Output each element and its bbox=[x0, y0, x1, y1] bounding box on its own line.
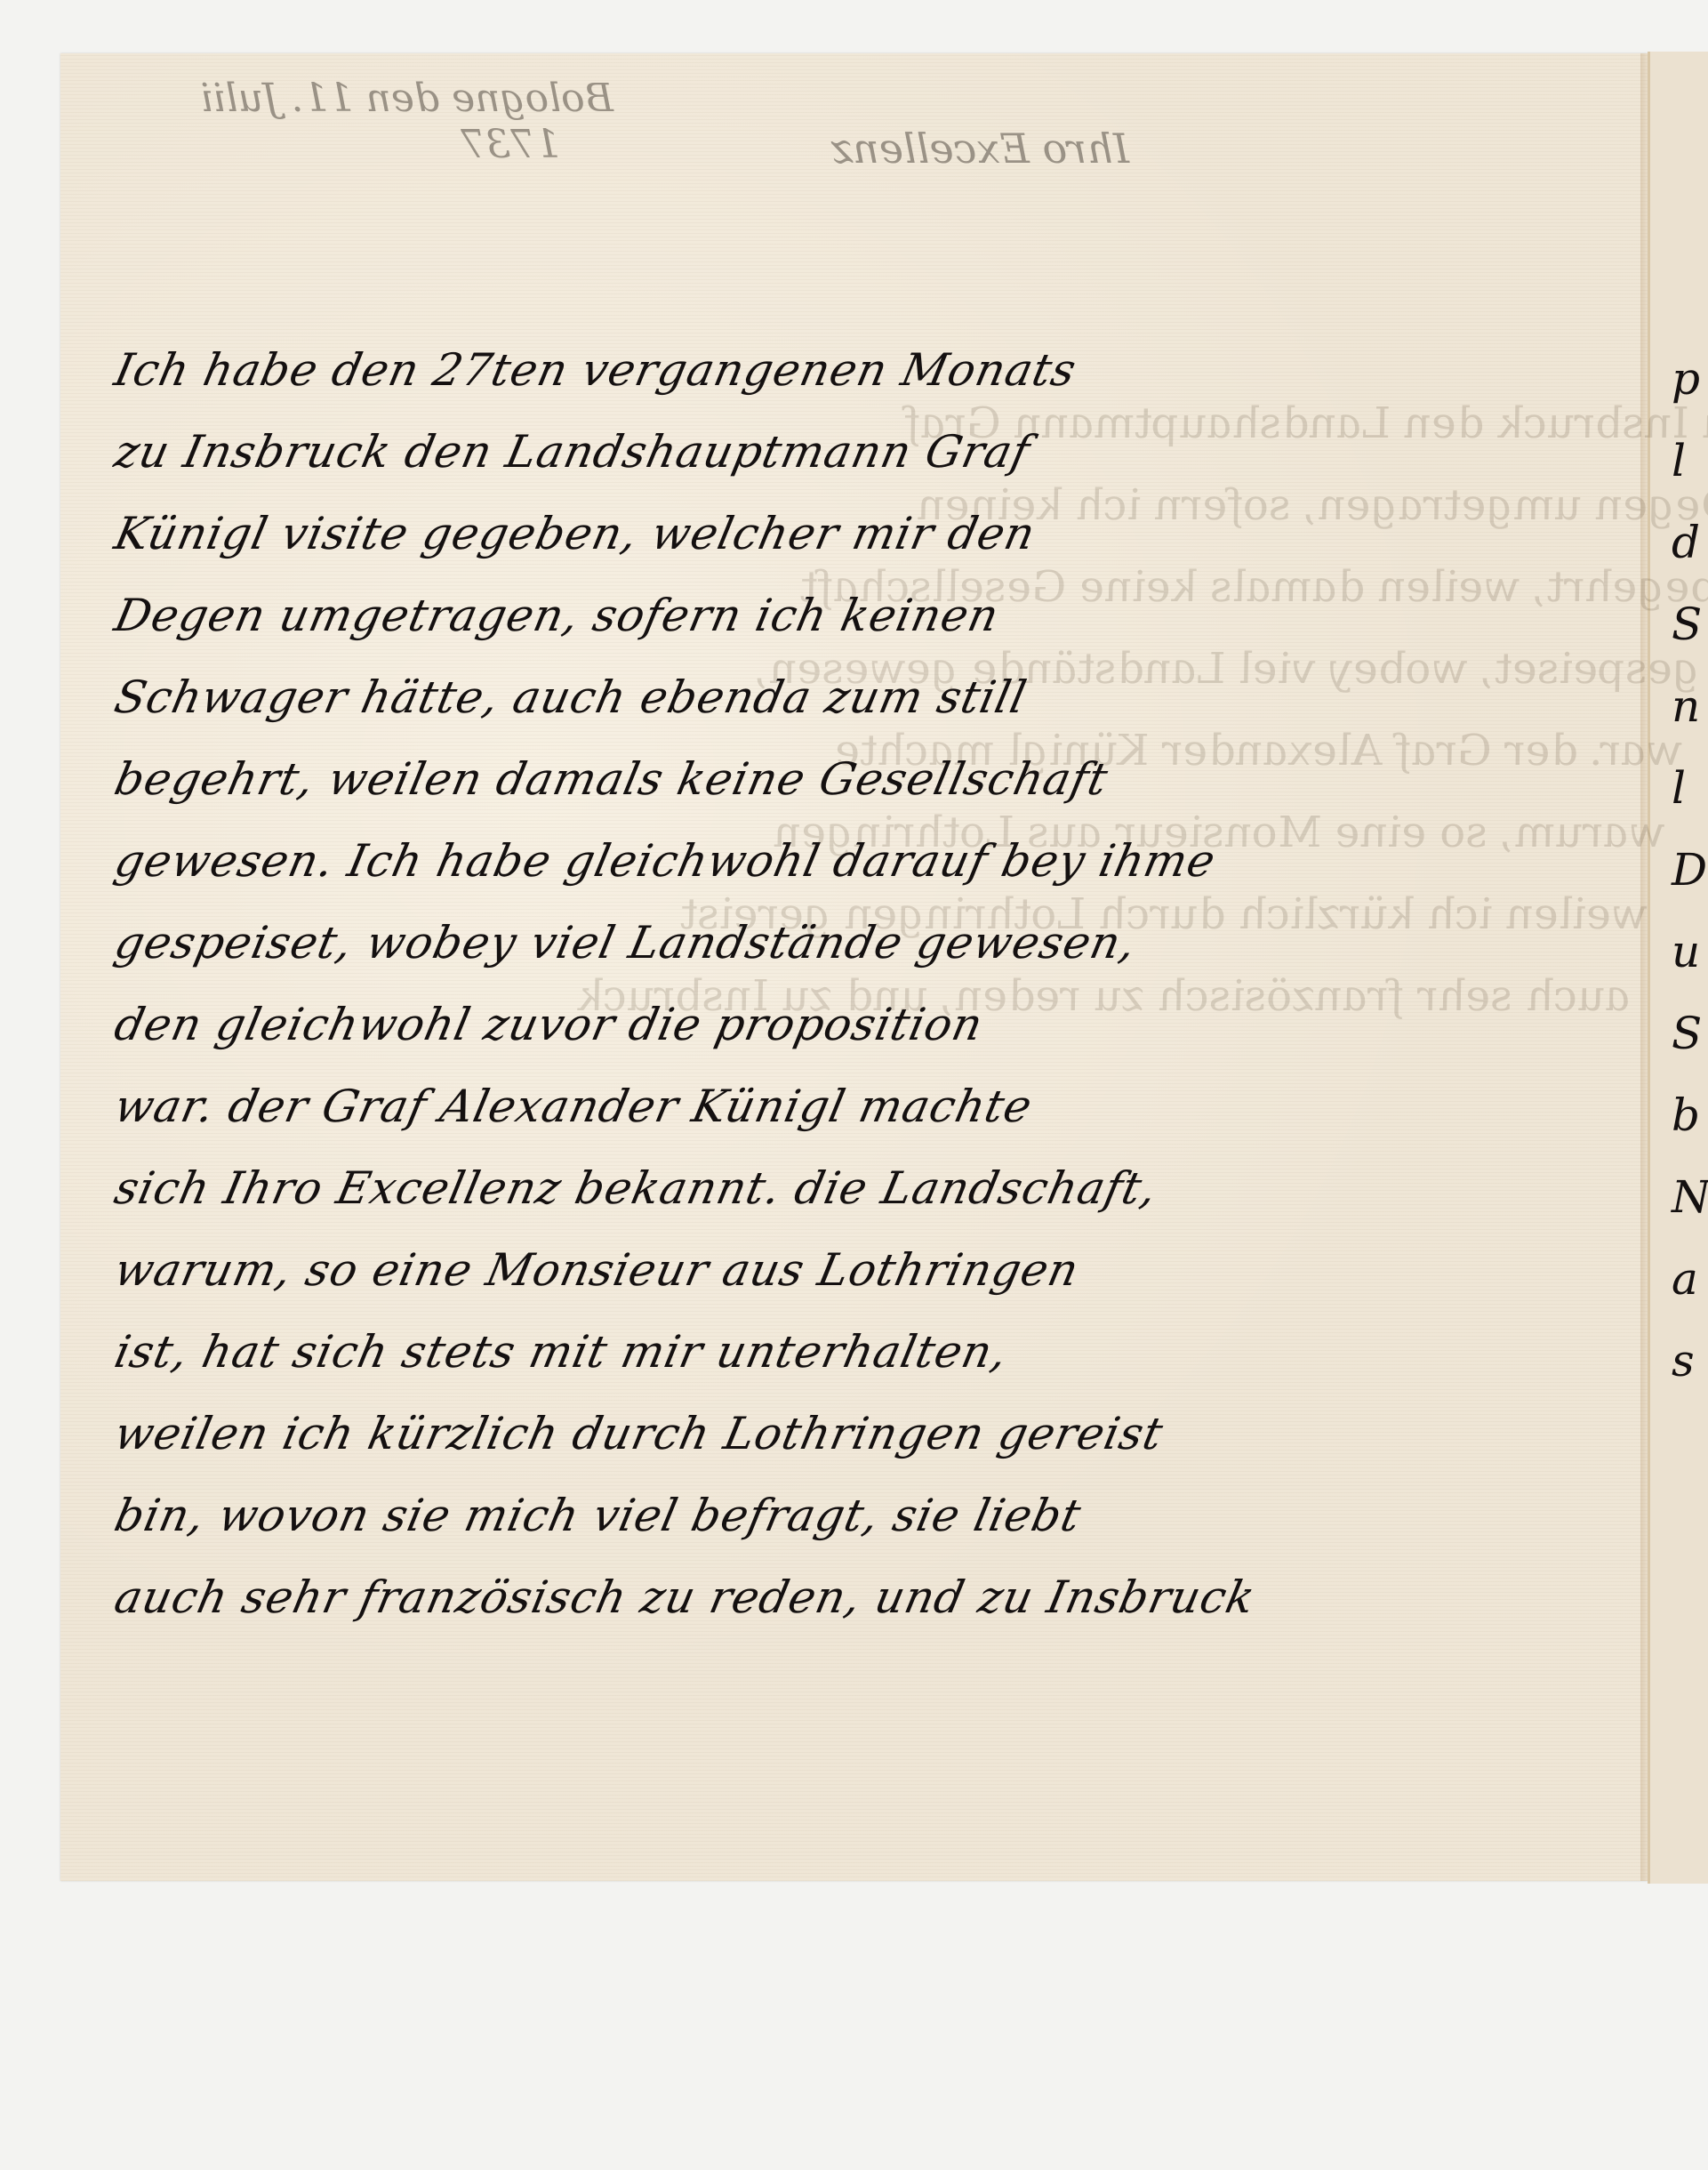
text-line: Degen umgetragen, sofern ich keinen bbox=[107, 575, 1654, 656]
text-line: war. der Graf Alexander Künigl machte bbox=[107, 1065, 1654, 1147]
docket-year: 1737 bbox=[80, 122, 613, 168]
text-line: gewesen. Ich habe gleichwohl darauf bey … bbox=[107, 820, 1654, 902]
text-line: ist, hat sich stets mit mir unterhalten, bbox=[107, 1311, 1654, 1393]
text-line: gespeiset, wobey viel Landstände gewesen… bbox=[107, 902, 1654, 984]
text-line: begehrt, weilen damals keine Gesellschaf… bbox=[107, 738, 1654, 820]
text-line: den gleichwohl zuvor die proposition bbox=[107, 984, 1654, 1065]
letter-body: Ich habe den 27ten vergangenen Monats zu… bbox=[116, 329, 1645, 1638]
text-line: sich Ihro Excellenz bekannt. die Landsch… bbox=[107, 1147, 1654, 1229]
text-line: Ich habe den 27ten vergangenen Monats bbox=[107, 329, 1654, 411]
text-line: bin, wovon sie mich viel befragt, sie li… bbox=[107, 1475, 1654, 1556]
text-line: auch sehr französisch zu reden, und zu I… bbox=[107, 1556, 1654, 1638]
docket-addressee: Ihro Excellenz bbox=[720, 125, 1129, 173]
adjacent-page-text-fragment: p l d S n l D u S b N a s bbox=[1672, 338, 1708, 1402]
docket-place-date: Bologne den 11. Julii bbox=[80, 76, 613, 122]
docket-date: Bologne den 11. Julii 1737 bbox=[80, 76, 613, 168]
text-line: zu Insbruck den Landshauptmann Graf bbox=[107, 411, 1654, 493]
text-line: weilen ich kürzlich durch Lothringen ger… bbox=[107, 1393, 1654, 1475]
text-line: Künigl visite gegeben, welcher mir den bbox=[107, 493, 1654, 575]
text-line: warum, so eine Monsieur aus Lothringen bbox=[107, 1229, 1654, 1311]
text-line: Schwager hätte, auch ebenda zum still bbox=[107, 656, 1654, 738]
